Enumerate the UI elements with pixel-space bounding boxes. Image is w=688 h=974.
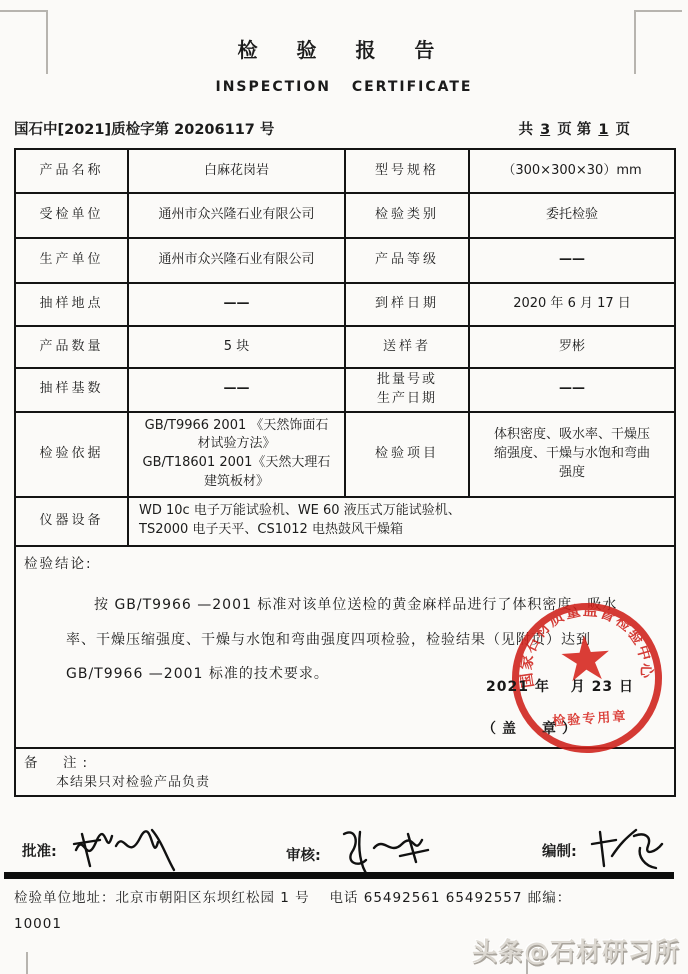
conclusion-row: 检验结论: 按 GB/T9966 —2001 标准对该单位送检的黄金麻样品进行了… bbox=[15, 546, 675, 748]
model-spec-label: 型号规格 bbox=[345, 149, 469, 193]
product-grade-value: —— bbox=[469, 238, 675, 283]
producer-label: 生产单位 bbox=[15, 238, 128, 283]
equipment-label: 仪器设备 bbox=[15, 497, 128, 546]
pagination: 共 3 页 第 1 页 bbox=[519, 118, 631, 139]
conclusion-cell: 检验结论: 按 GB/T9966 —2001 标准对该单位送检的黄金麻样品进行了… bbox=[15, 546, 675, 748]
inspection-basis-label: 检验依据 bbox=[15, 412, 128, 497]
inspection-items-label: 检验项目 bbox=[345, 412, 469, 497]
approve-label: 批准: bbox=[22, 844, 57, 860]
inspection-category-value: 委托检验 bbox=[469, 193, 675, 238]
quantity-label: 产品数量 bbox=[15, 326, 128, 368]
batch-or-production-date-value: —— bbox=[469, 368, 675, 412]
sample-sender-label: 送样者 bbox=[345, 326, 469, 368]
conclusion-label: 检验结论: bbox=[20, 549, 670, 575]
approve-group: 批准: bbox=[22, 822, 184, 874]
batch-or-production-date-label: 批量号或 生产日期 bbox=[345, 368, 469, 412]
report-title-cn: 检 验 报 告 bbox=[0, 34, 688, 63]
seal-here-note: （盖 章） bbox=[482, 719, 582, 739]
table-row: 产品名称 白麻花岗岩 型号规格 （300×300×30）mm bbox=[15, 149, 675, 193]
table-row: 检验依据 GB/T9966 2001 《天然饰面石 材试验方法》 GB/T186… bbox=[15, 412, 675, 497]
model-spec-value: （300×300×30）mm bbox=[469, 149, 675, 193]
current-page: 1 bbox=[596, 122, 610, 138]
table-row: 抽样基数 —— 批量号或 生产日期 —— bbox=[15, 368, 675, 412]
inspection-basis-value: GB/T9966 2001 《天然饰面石 材试验方法》 GB/T18601 20… bbox=[128, 412, 345, 497]
crop-mark-bottom-left bbox=[26, 952, 28, 974]
product-name-value: 白麻花岗岩 bbox=[128, 149, 345, 193]
remarks-row: 备 注: 本结果只对检验产品负责 bbox=[15, 748, 675, 796]
sample-sender-value: 罗彬 bbox=[469, 326, 675, 368]
sample-date-label: 到样日期 bbox=[345, 283, 469, 326]
sample-date-value: 2020 年 6 月 17 日 bbox=[469, 283, 675, 326]
document-number: 国石中[2021]质检字第 20206117 号 bbox=[14, 122, 274, 138]
sampling-place-value: —— bbox=[128, 283, 345, 326]
conclusion-date: 2021 年 月 23 日 bbox=[486, 677, 634, 697]
review-group: 审核: bbox=[286, 822, 440, 878]
review-signature bbox=[330, 822, 440, 878]
sampling-base-label: 抽样基数 bbox=[15, 368, 128, 412]
inspection-items-value: 体积密度、吸水率、干燥压 缩强度、干燥与水饱和弯曲 强度 bbox=[469, 412, 675, 497]
product-grade-label: 产品等级 bbox=[345, 238, 469, 283]
footer-divider-bar bbox=[4, 872, 674, 879]
table-row: 仪器设备 WD 10c 电子万能试验机、WE 60 液压式万能试验机、 TS20… bbox=[15, 497, 675, 546]
document-number-line: 国石中[2021]质检字第 20206117 号 共 3 页 第 1 页 bbox=[14, 118, 674, 139]
remarks-text: 本结果只对检验产品负责 bbox=[20, 773, 670, 793]
inspection-certificate-page: 检 验 报 告 INSPECTION CERTIFICATE 国石中[2021]… bbox=[0, 0, 688, 974]
table-row: 产品数量 5 块 送样者 罗彬 bbox=[15, 326, 675, 368]
table-row: 生产单位 通州市众兴隆石业有限公司 产品等级 —— bbox=[15, 238, 675, 283]
prepare-group: 编制: bbox=[542, 822, 672, 874]
product-name-label: 产品名称 bbox=[15, 149, 128, 193]
footer: 检验单位地址：北京市朝阳区东坝红松园 1 号 电话 65492561 65492… bbox=[14, 886, 654, 937]
report-title-en: INSPECTION CERTIFICATE bbox=[0, 79, 688, 95]
signature-row: 批准: 审核: 编制: bbox=[14, 812, 674, 872]
producer-value: 通州市众兴隆石业有限公司 bbox=[128, 238, 345, 283]
sampling-place-label: 抽样地点 bbox=[15, 283, 128, 326]
total-pages: 3 bbox=[538, 122, 552, 138]
equipment-value: WD 10c 电子万能试验机、WE 60 液压式万能试验机、 TS2000 电子… bbox=[128, 497, 675, 546]
inspection-category-label: 检验类别 bbox=[345, 193, 469, 238]
inspected-unit-value: 通州市众兴隆石业有限公司 bbox=[128, 193, 345, 238]
remarks-cell: 备 注: 本结果只对检验产品负责 bbox=[15, 748, 675, 796]
approve-signature bbox=[66, 822, 184, 874]
review-label: 审核: bbox=[286, 848, 321, 864]
sampling-base-value: —— bbox=[128, 368, 345, 412]
watermark-text: 头条@石材研习所 bbox=[472, 932, 680, 968]
certificate-table: 产品名称 白麻花岗岩 型号规格 （300×300×30）mm 受检单位 通州市众… bbox=[14, 148, 676, 797]
prepare-signature bbox=[586, 822, 672, 874]
quantity-value: 5 块 bbox=[128, 326, 345, 368]
table-row: 受检单位 通州市众兴隆石业有限公司 检验类别 委托检验 bbox=[15, 193, 675, 238]
footer-address-line: 检验单位地址：北京市朝阳区东坝红松园 1 号 电话 65492561 65492… bbox=[14, 886, 654, 912]
inspected-unit-label: 受检单位 bbox=[15, 193, 128, 238]
prepare-label: 编制: bbox=[542, 844, 577, 860]
table-row: 抽样地点 —— 到样日期 2020 年 6 月 17 日 bbox=[15, 283, 675, 326]
